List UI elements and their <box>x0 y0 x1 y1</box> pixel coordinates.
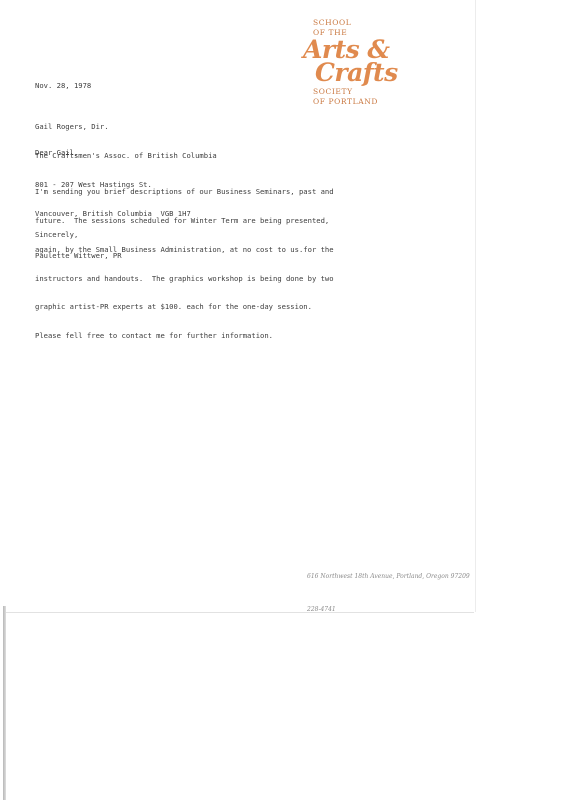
letterhead-logo: SCHOOL OF THE Arts & Crafts SOCIETY OF P… <box>305 18 415 107</box>
letterhead-of-portland: OF PORTLAND <box>313 97 415 107</box>
paper-edge-right <box>475 0 476 612</box>
letterhead-society: SOCIETY <box>313 87 415 97</box>
recipient-line: Gail Rogers, Dir. <box>35 122 217 132</box>
letterhead-school: SCHOOL <box>313 18 415 28</box>
letterhead-crafts: Crafts <box>315 61 415 84</box>
footer-address: 616 Northwest 18th Avenue, Portland, Ore… <box>307 571 470 582</box>
footer-phone: 228-4741 <box>307 604 470 615</box>
closing: Sincerely, <box>35 230 78 240</box>
body-line: future. The sessions scheduled for Winte… <box>35 216 334 226</box>
body-line: Please fell free to contact me for furth… <box>35 331 334 341</box>
body-line: I'm sending you brief descriptions of ou… <box>35 187 334 197</box>
letter-date: Nov. 28, 1978 <box>35 81 91 91</box>
scan-edge <box>3 606 6 800</box>
signature: Paulette Wittwer, PR <box>35 251 122 261</box>
body-line: instructors and handouts. The graphics w… <box>35 274 334 284</box>
salutation: Dear Gail, <box>35 148 78 158</box>
body-line: graphic artist-PR experts at $100. each … <box>35 302 334 312</box>
letterhead-footer: 616 Northwest 18th Avenue, Portland, Ore… <box>307 549 470 626</box>
